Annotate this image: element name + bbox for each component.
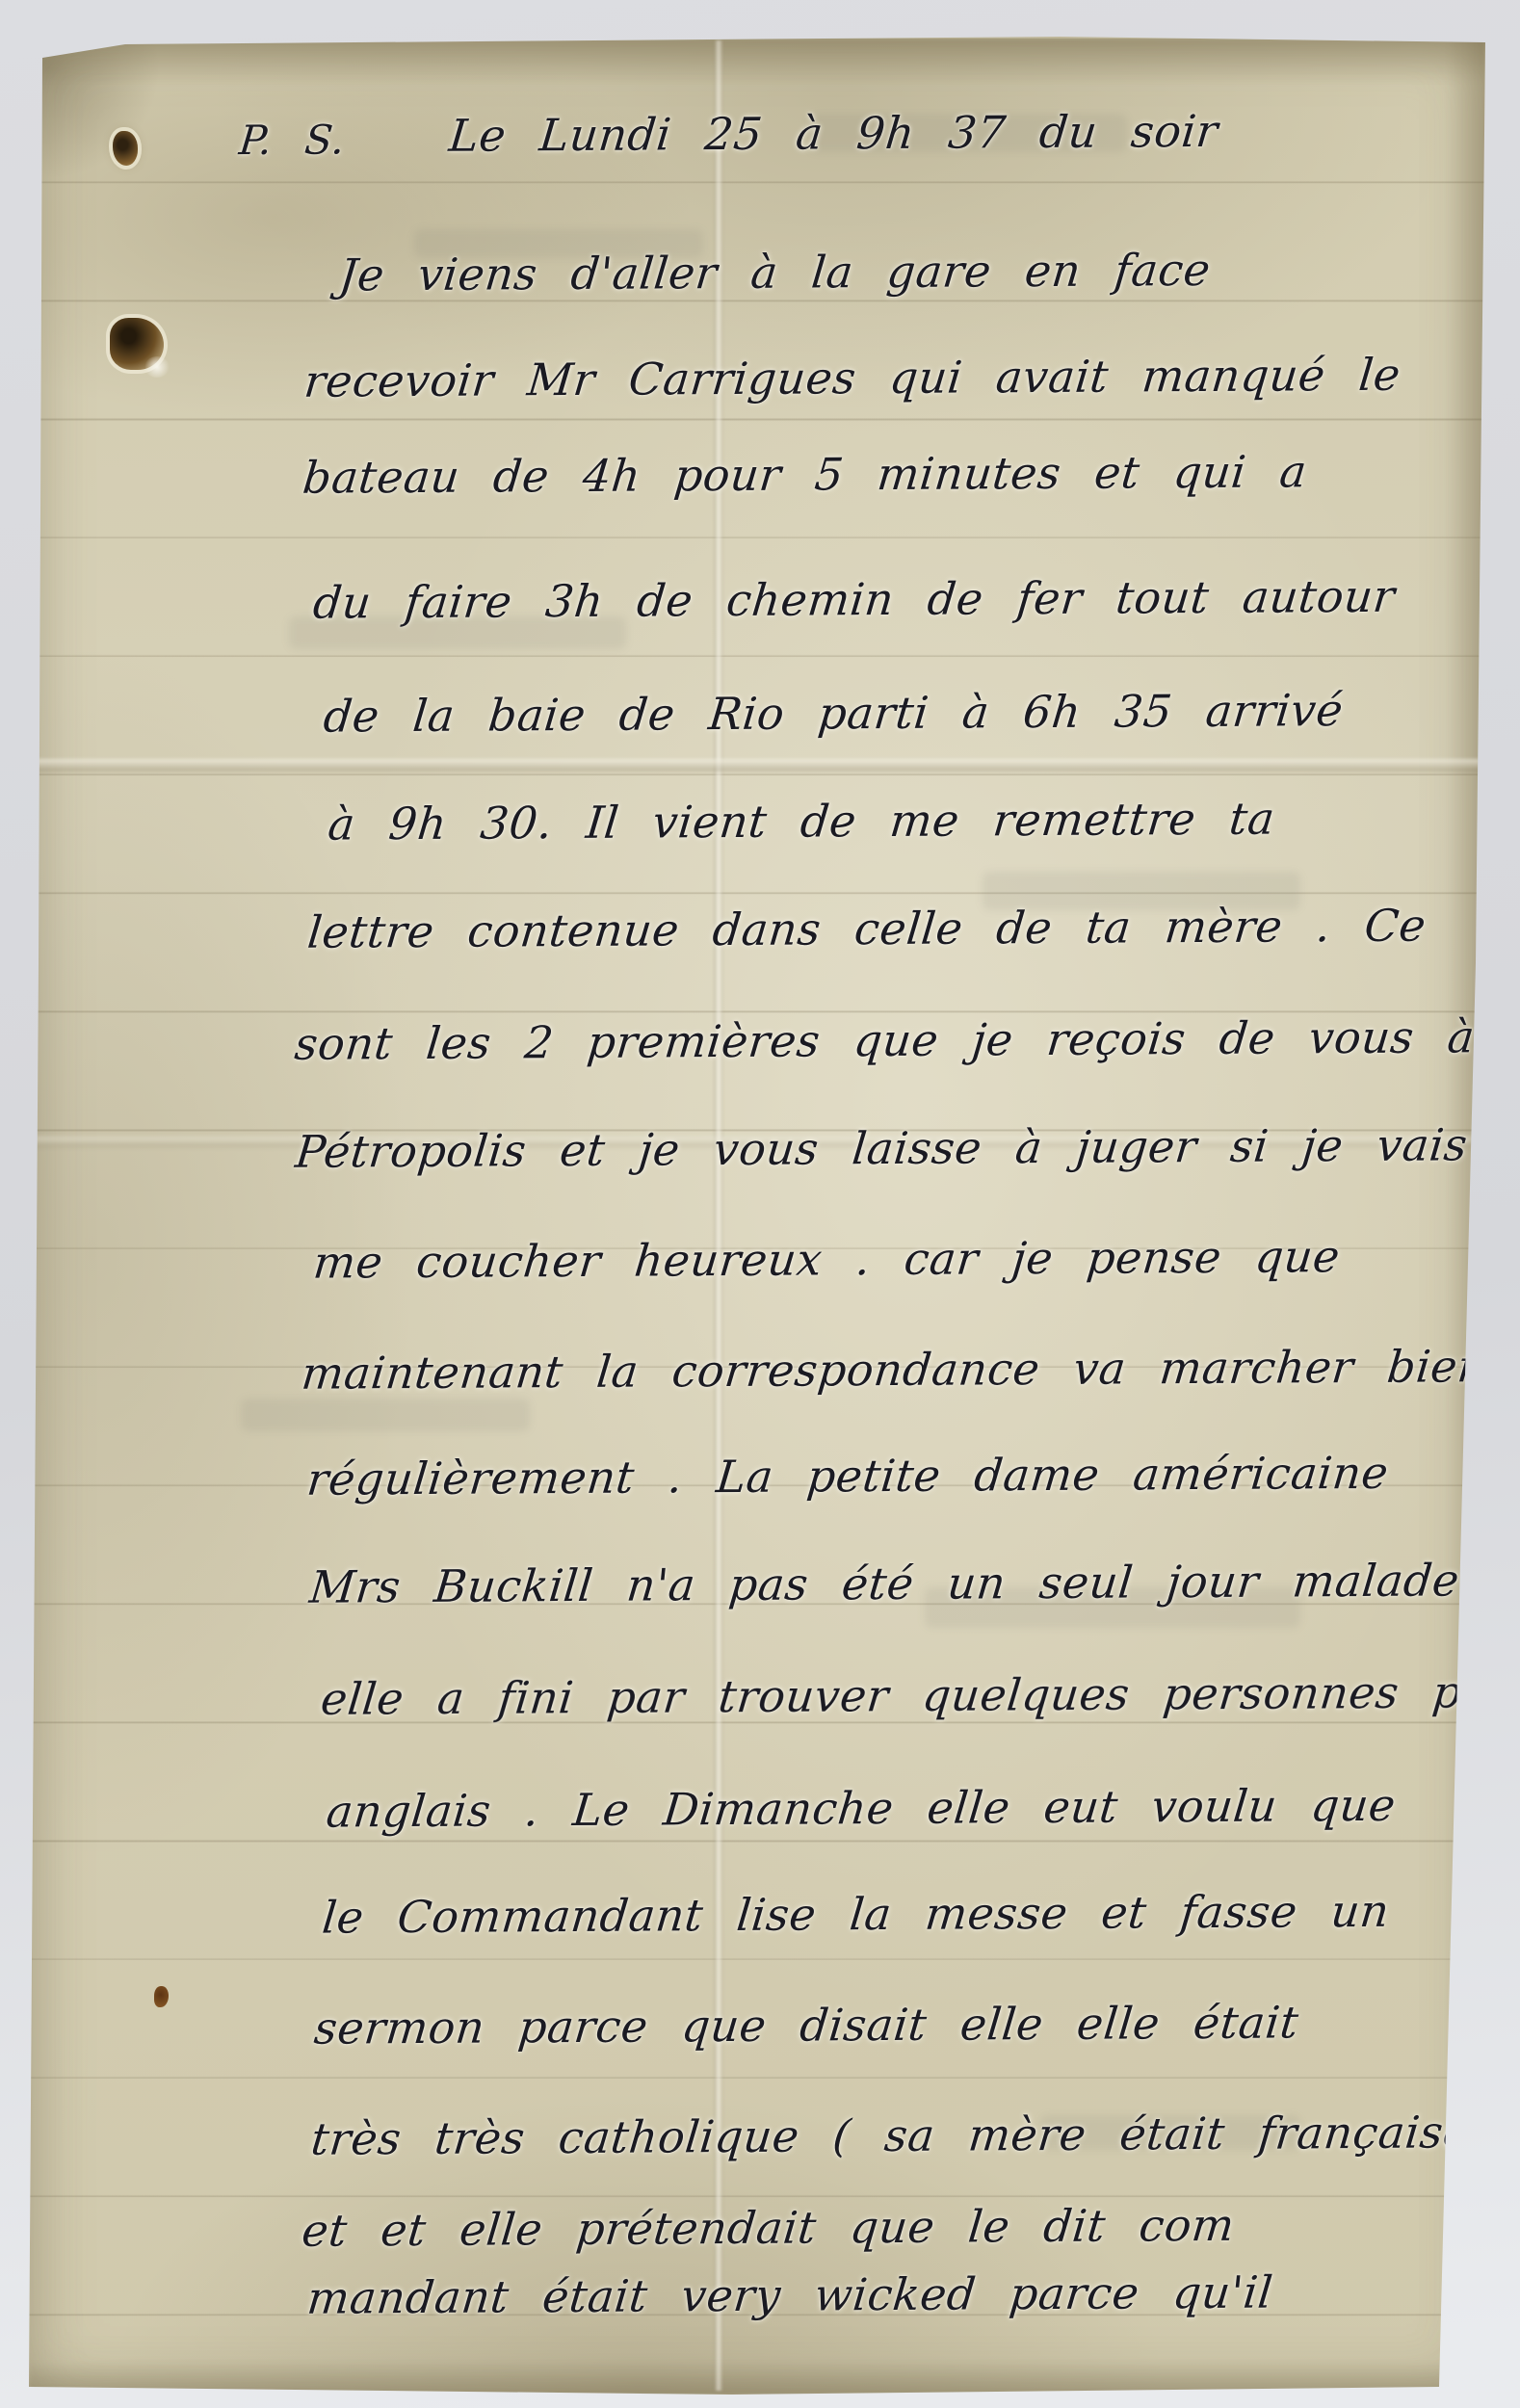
handwritten-line: elle a fini par trouver quelques personn…	[318, 1661, 1520, 1728]
handwritten-line: lettre contenue dans celle de ta mère . …	[304, 896, 1428, 962]
dateline: Le Lundi 25 à 9h 37 du soir	[446, 101, 1220, 166]
handwritten-line: et et elle prétendait que le dit com	[300, 2195, 1238, 2261]
photo-background: P. S. Le Lundi 25 à 9h 37 du soir Je vie…	[0, 0, 1520, 2408]
handwritten-line: bateau de 4h pour 5 minutes et qui a	[301, 441, 1310, 507]
handwritten-line: anglais . Le Dimanche elle eut voulu que	[324, 1775, 1399, 1842]
postscript-label: P. S.	[236, 110, 348, 170]
handwritten-line: Pétropolis et je vous laisse à juger si …	[293, 1114, 1471, 1181]
handwritten-line: maintenant la correspondance va marcher …	[299, 1336, 1489, 1403]
handwriting-layer: P. S. Le Lundi 25 à 9h 37 du soir Je vie…	[0, 0, 1520, 2408]
handwritten-line: du faire 3h de chemin de fer tout autour	[310, 566, 1398, 633]
letter-paper: P. S. Le Lundi 25 à 9h 37 du soir Je vie…	[0, 0, 1520, 2408]
handwritten-line: sermon parce que disait elle elle était	[311, 1992, 1301, 2057]
handwritten-line: recevoir Mr Carrigues qui avait manqué l…	[301, 345, 1403, 411]
handwritten-line: régulièrement . La petite dame américain…	[304, 1443, 1391, 1509]
handwritten-line: le Commandant lise la messe et fasse un	[320, 1881, 1393, 1948]
handwritten-line: Je viens d'aller à la gare en face	[336, 240, 1213, 305]
handwritten-line: de la baie de Rio parti à 6h 35 arrivé	[321, 680, 1346, 746]
handwritten-line: me coucher heureux . car je pense que	[311, 1226, 1343, 1293]
handwritten-line: Mrs Buckill n'a pas été un seul jour mal…	[307, 1550, 1462, 1616]
handwritten-line: mandant était very wicked parce qu'il	[304, 2263, 1275, 2328]
handwritten-line: très très catholique ( sa mère était fra…	[308, 2102, 1520, 2169]
handwritten-line: sont les 2 premières que je reçois de vo…	[292, 1007, 1478, 1074]
handwritten-line: à 9h 30. Il vient de me remettre ta	[326, 789, 1278, 854]
